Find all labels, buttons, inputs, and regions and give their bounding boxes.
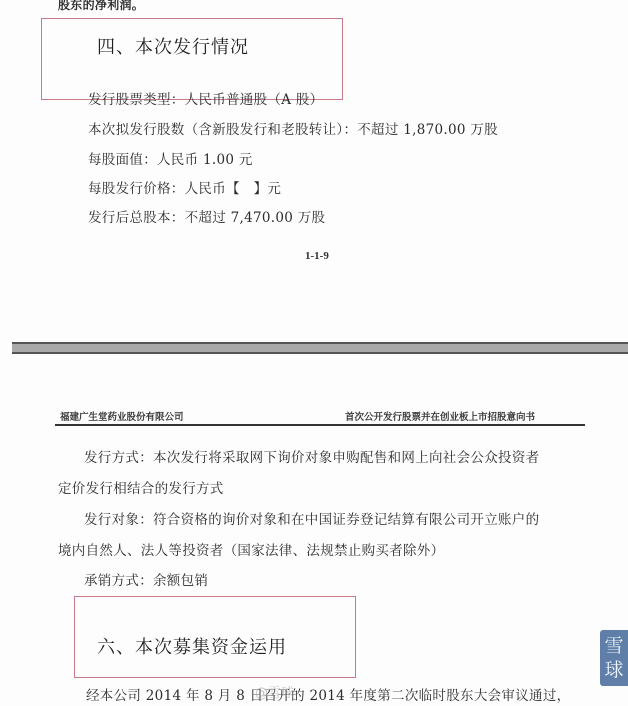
section-heading-4: 四、本次发行情况 <box>97 33 249 59</box>
paragraph-issue-target-cont: 境内自然人、法人等投资者（国家法律、法规禁止购买者除外） <box>58 539 444 559</box>
item-total-capital: 发行后总股本：不超过 7,470.00 万股 <box>88 206 325 226</box>
running-header-title: 首次公开发行股票并在创业板上市招股意向书 <box>345 409 535 423</box>
paragraph-underwriting: 承销方式：余额包销 <box>84 569 208 589</box>
item-issue-price: 每股发行价格：人民币【 】元 <box>88 177 281 197</box>
fragment-line: 股东的净利润。 <box>58 0 144 13</box>
xueqiu-badge[interactable]: 雪 球 <box>600 630 628 686</box>
paragraph-issue-method-cont: 定价发行相结合的发行方式 <box>58 477 224 497</box>
paragraph-issue-target: 发行对象：符合资格的询价对象和在中国证券登记结算有限公司开立账户的 <box>84 508 539 528</box>
section-heading-6: 六、本次募集资金运用 <box>97 633 287 659</box>
paragraph-issue-method: 发行方式：本次发行将采取网下询价对象申购配售和网上向社会公众投资者 <box>84 446 539 466</box>
item-shares-issued: 本次拟发行股数（含新股发行和老股转让）：不超过 1,870.00 万股 <box>88 118 498 138</box>
item-share-type: 发行股票类型：人民币普通股（A 股） <box>88 88 323 108</box>
page-number: 1-1-9 <box>305 250 329 262</box>
last-line: 经本公司 2014 年 8 月 8 日召开的 2014 年度第二次临时股东大会审… <box>86 684 570 704</box>
page-break-divider <box>12 342 628 354</box>
badge-char-1: 雪 <box>600 634 628 658</box>
running-header-company: 福建广生堂药业股份有限公司 <box>60 409 184 423</box>
item-par-value: 每股面值：人民币 1.00 元 <box>88 148 253 168</box>
watermark: @雪球 <box>255 682 294 701</box>
header-rule <box>55 424 585 426</box>
badge-char-2: 球 <box>600 658 628 682</box>
